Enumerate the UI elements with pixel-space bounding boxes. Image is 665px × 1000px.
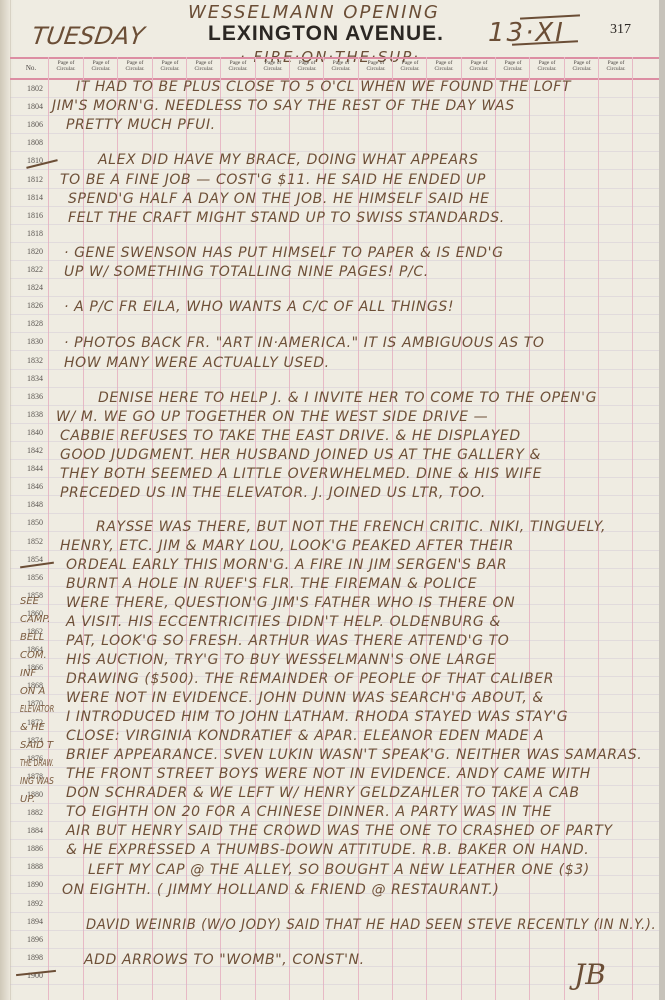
- handwritten-line: CABBIE REFUSES TO TAKE THE EAST DRIVE. &…: [60, 428, 521, 444]
- row-number: 1822: [22, 265, 48, 274]
- row-number: 1832: [22, 356, 48, 365]
- row-number: 1844: [22, 464, 48, 473]
- row-rule: [10, 513, 659, 514]
- row-number: 1898: [22, 953, 48, 962]
- margin-note: SEE: [20, 596, 39, 607]
- handwritten-line: IT HAD TO BE PLUS CLOSE TO 5 O'CL WHEN W…: [76, 79, 571, 95]
- handwritten-line: · PHOTOS BACK FR. "ART IN·AMERICA." IT I…: [64, 335, 545, 351]
- row-number: 1852: [22, 537, 48, 546]
- handwritten-line: HIS AUCTION, TRY'G TO BUY WESSELMANN'S O…: [66, 652, 496, 668]
- row-number: 1820: [22, 247, 48, 256]
- handwritten-line: ORDEAL EARLY THIS MORN'G. A FIRE IN JIM …: [66, 557, 507, 573]
- row-rule: [10, 387, 659, 388]
- margin-note: ING WAS: [20, 776, 54, 787]
- row-rule: [10, 821, 659, 822]
- row-number: 1834: [22, 374, 48, 383]
- handwritten-line: & HE EXPRESSED A THUMBS-DOWN ATTITUDE. R…: [66, 842, 589, 858]
- margin-note: SAID T: [20, 740, 53, 751]
- margin-note: THE DRAW.: [20, 758, 54, 769]
- column-header-page-of-circular: Page of Circular.: [153, 60, 187, 76]
- ledger-page: TUESDAY WESSELMANN OPENING LEXINGTON AVE…: [0, 0, 665, 1000]
- margin-note: BELL: [20, 632, 44, 643]
- handwritten-line: THE FRONT STREET BOYS WERE NOT IN EVIDEN…: [66, 766, 591, 782]
- handwritten-line: PRETTY MUCH PFUI.: [66, 117, 216, 133]
- row-rule: [10, 296, 659, 297]
- handwritten-line: RAYSSE WAS THERE, BUT NOT THE FRENCH CRI…: [96, 519, 606, 535]
- row-number: 1818: [22, 229, 48, 238]
- handwritten-line: ALEX DID HAVE MY BRACE, DOING WHAT APPEA…: [98, 152, 479, 168]
- margin-note: COM.: [20, 650, 47, 661]
- row-number: 1824: [22, 283, 48, 292]
- handwritten-line: LEFT MY CAP @ THE ALLEY, SO BOUGHT A NEW…: [88, 862, 590, 878]
- row-number: 1838: [22, 410, 48, 419]
- column-header-page-of-circular: Page of Circular.: [84, 60, 118, 76]
- handwritten-line: DON SCHRADER & WE LEFT W/ HENRY GELDZAHL…: [66, 785, 580, 801]
- row-rule: [10, 984, 659, 985]
- handwritten-line: HOW MANY WERE ACTUALLY USED.: [64, 355, 330, 371]
- handwritten-line: BURNT A HOLE IN RUEF'S FLR. THE FIREMAN …: [66, 576, 477, 592]
- handwritten-line: PRECEDED US IN THE ELEVATOR. J. JOINED U…: [60, 485, 486, 501]
- signature: JB: [574, 958, 606, 991]
- handwritten-line: PAT, LOOK'G SO FRESH. ARTHUR WAS THERE A…: [66, 633, 509, 649]
- page-edge: [659, 0, 665, 1000]
- row-number: 1836: [22, 392, 48, 401]
- column-header-page-of-circular: Page of Circular.: [530, 60, 564, 76]
- row-number: 1846: [22, 482, 48, 491]
- handwritten-day: TUESDAY: [30, 22, 146, 50]
- handwritten-line: JIM'S MORN'G. NEEDLESS TO SAY THE REST O…: [52, 98, 515, 114]
- handwritten-line: WERE NOT IN EVIDENCE. JOHN DUNN WAS SEAR…: [66, 690, 544, 706]
- row-number: 1850: [22, 518, 48, 527]
- column-header-page-of-circular: Page of Circular.: [324, 60, 358, 76]
- row-number: 1856: [22, 573, 48, 582]
- handwritten-line: SPEND'G HALF A DAY ON THE JOB. HE HIMSEL…: [68, 191, 490, 207]
- column-header-page-of-circular: Page of Circular.: [359, 60, 393, 76]
- row-number: 1808: [22, 138, 48, 147]
- handwritten-line: BRIEF APPEARANCE. SVEN LUKIN WASN'T SPEA…: [66, 747, 642, 763]
- row-number: 1842: [22, 446, 48, 455]
- column-header-page-of-circular: Page of Circular.: [427, 60, 461, 76]
- handwritten-line: UP W/ SOMETHING TOTALLING NINE PAGES! P/…: [64, 264, 429, 280]
- row-number: 1886: [22, 844, 48, 853]
- row-number: 1892: [22, 899, 48, 908]
- row-rule: [10, 332, 659, 333]
- handwritten-line: DENISE HERE TO HELP J. & I INVITE HER TO…: [98, 390, 597, 406]
- row-number: 1804: [22, 102, 48, 111]
- handwritten-line: DAVID WEINRIB (W/O JODY) SAID THAT HE HA…: [86, 917, 656, 933]
- row-number: 1840: [22, 428, 48, 437]
- header-rule-top: [10, 57, 659, 59]
- printed-title: LEXINGTON AVENUE.: [208, 22, 444, 46]
- row-number: 1830: [22, 337, 48, 346]
- row-number: 1884: [22, 826, 48, 835]
- row-number: 1802: [22, 84, 48, 93]
- column-header-page-of-circular: Page of Circular.: [462, 60, 496, 76]
- handwritten-line: W/ M. WE GO UP TOGETHER ON THE WEST SIDE…: [56, 409, 488, 425]
- margin-note: UP.: [20, 794, 35, 805]
- column-header-page-of-circular: Page of Circular.: [565, 60, 599, 76]
- row-number: 1848: [22, 500, 48, 509]
- handwritten-line: WERE THERE, QUESTION'G JIM'S FATHER WHO …: [66, 595, 515, 611]
- handwritten-line: · A P/C FR EILA, WHO WANTS A C/C OF ALL …: [64, 299, 454, 315]
- row-number: 1890: [22, 880, 48, 889]
- column-rule: [632, 57, 633, 1000]
- margin-note: INF: [20, 668, 36, 679]
- row-number: 1812: [22, 175, 48, 184]
- row-rule: [10, 169, 659, 170]
- handwritten-line: THEY BOTH SEEMED A LITTLE OVERWHELMED. D…: [60, 466, 542, 482]
- row-number: 1888: [22, 862, 48, 871]
- column-header-page-of-circular: Page of Circular.: [393, 60, 427, 76]
- handwritten-line: ADD ARROWS TO "WOMB", CONST'N.: [84, 952, 365, 968]
- margin-note: ELEVATOR: [20, 704, 54, 715]
- row-rule: [10, 133, 659, 134]
- column-header-page-of-circular: Page of Circular.: [118, 60, 152, 76]
- column-header-page-of-circular: Page of Circular.: [496, 60, 530, 76]
- page-number: 317: [610, 22, 631, 38]
- handwritten-line: GOOD JUDGMENT. HER HUSBAND JOINED US AT …: [60, 447, 541, 463]
- margin-note: & HE: [20, 722, 45, 733]
- row-number: 1896: [22, 935, 48, 944]
- handwritten-line: ON EIGHTH. ( JIMMY HOLLAND & FRIEND @ RE…: [62, 882, 499, 898]
- column-rule: [48, 57, 49, 1000]
- column-header-page-of-circular: Page of Circular.: [290, 60, 324, 76]
- row-number: 1882: [22, 808, 48, 817]
- row-rule: [10, 839, 659, 840]
- handwritten-line: CLOSE: VIRGINIA KONDRATIEF & APAR. ELEAN…: [66, 728, 544, 744]
- row-rule: [10, 115, 659, 116]
- row-rule: [10, 242, 659, 243]
- margin-note: CAMP.: [20, 614, 50, 625]
- column-header-no: No.: [14, 60, 48, 76]
- row-number: 1826: [22, 301, 48, 310]
- margin-note: ON A: [20, 686, 45, 697]
- handwritten-line: · GENE SWENSON HAS PUT HIMSELF TO PAPER …: [64, 245, 504, 261]
- column-header-page-of-circular: Page of Circular.: [599, 60, 633, 76]
- handwritten-line: HENRY, ETC. JIM & MARY LOU, LOOK'G PEAKE…: [60, 538, 514, 554]
- handwritten-line: TO BE A FINE JOB — COST'G $11. HE SAID H…: [60, 172, 486, 188]
- row-rule: [10, 912, 659, 913]
- handwritten-line: TO EIGHTH ON 20 FOR A CHINESE DINNER. A …: [66, 804, 552, 820]
- handwritten-line: A VISIT. HIS ECCENTRICITIES DIDN'T HELP.…: [66, 614, 501, 630]
- row-number: 1828: [22, 319, 48, 328]
- column-header-page-of-circular: Page of Circular.: [187, 60, 221, 76]
- handwritten-line: DRAWING ($500). THE REMAINDER OF PEOPLE …: [66, 671, 554, 687]
- column-header-page-of-circular: Page of Circular.: [256, 60, 290, 76]
- page-binding: [0, 0, 11, 1000]
- row-rule: [10, 948, 659, 949]
- row-number: 1806: [22, 120, 48, 129]
- row-number: 1814: [22, 193, 48, 202]
- row-number: 1894: [22, 917, 48, 926]
- column-header-page-of-circular: Page of Circular.: [49, 60, 83, 76]
- handwritten-line: FELT THE CRAFT MIGHT STAND UP TO SWISS S…: [68, 210, 505, 226]
- handwritten-line: I INTRODUCED HIM TO JOHN LATHAM. RHODA S…: [66, 709, 568, 725]
- row-number: 1816: [22, 211, 48, 220]
- handwritten-title-top: WESSELMANN OPENING: [188, 2, 440, 23]
- column-header-page-of-circular: Page of Circular.: [221, 60, 255, 76]
- handwritten-line: AIR BUT HENRY SAID THE CROWD WAS THE ONE…: [66, 823, 613, 839]
